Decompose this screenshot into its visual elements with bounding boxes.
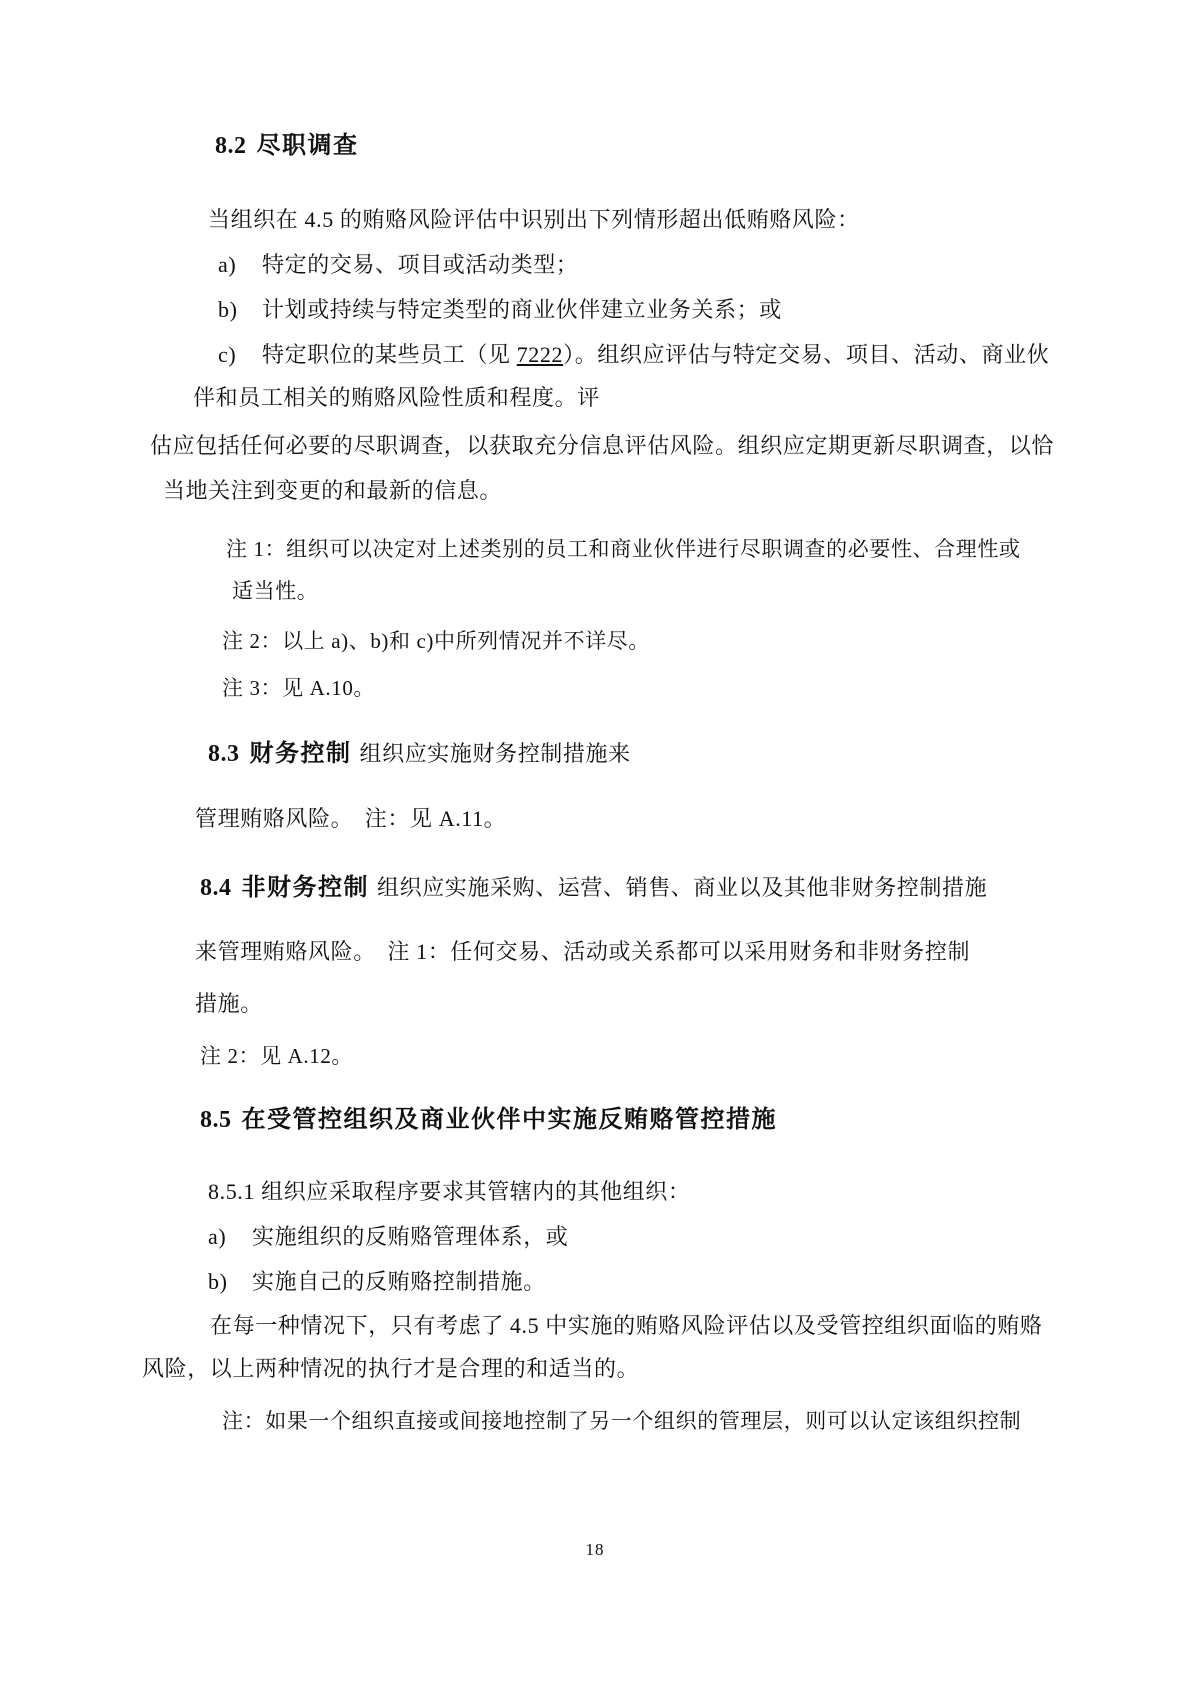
list-item-b-85: b)实施自己的反贿赂控制措施。 [208, 1268, 546, 1296]
section-heading-8-3: 8.3财务控制组织应实施财务控制措施来 [208, 738, 631, 769]
section-number: 8.5 [200, 1107, 232, 1133]
paragraph-financial-controls: 管理贿赂风险。 注：见 A.11。 [195, 805, 506, 833]
list-item-label: a) [208, 1223, 252, 1251]
list-item-text: 实施组织的反贿赂管理体系，或 [252, 1224, 568, 1249]
list-item-label: a) [218, 251, 262, 279]
paragraph-due-diligence-continued: 当地关注到变更的和最新的信息。 [163, 477, 502, 505]
section-number: 8.3 [208, 741, 240, 767]
note-2: 注 2：以上 a)、b)和 c)中所列情况并不详尽。 [222, 628, 650, 654]
list-item-c: c)特定职位的某些员工（见 7222）。组织应评估与特定交易、项目、活动、商业伙 [218, 341, 1049, 369]
section-number: 8.2 [215, 133, 247, 159]
section-title: 在受管控组织及商业伙伴中实施反贿赂管控措施 [242, 1105, 778, 1133]
list-item-text: 实施自己的反贿赂控制措施。 [252, 1269, 546, 1294]
paragraph-intro-8-2: 当组织在 4.5 的贿赂风险评估中识别出下列情形超出低贿赂风险： [208, 206, 860, 234]
list-item-label: b) [218, 296, 262, 324]
paragraph-nonfinancial-controls: 来管理贿赂风险。 注 1：任何交易、活动或关系都可以采用财务和非财务控制 [195, 938, 970, 966]
section-heading-8-4: 8.4非财务控制组织应实施采购、运营、销售、商业以及其他非财务控制措施 [200, 872, 987, 903]
list-item-text: 特定的交易、项目或活动类型； [262, 252, 578, 277]
note-1-continued: 适当性。 [232, 578, 318, 604]
list-item-text: 特定职位的某些员工（见 [262, 342, 517, 367]
page-number: 18 [0, 1540, 1190, 1560]
section-title: 财务控制 [250, 739, 352, 767]
list-item-a: a)特定的交易、项目或活动类型； [218, 251, 578, 279]
section-heading-8-5: 8.5在受管控组织及商业伙伴中实施反贿赂管控措施 [200, 1104, 777, 1135]
list-item-b: b)计划或持续与特定类型的商业伙伴建立业务关系；或 [218, 296, 782, 324]
clause-reference: 7222 [517, 342, 563, 367]
note-a12: 注 2：见 A.12。 [200, 1043, 353, 1069]
note-3: 注 3：见 A.10。 [222, 675, 375, 701]
list-item-a-85: a)实施组织的反贿赂管理体系，或 [208, 1223, 568, 1251]
note-1: 注 1：组织可以决定对上述类别的员工和商业伙伴进行尽职调查的必要性、合理性或 [226, 536, 1021, 562]
section-inline-text: 组织应实施采购、运营、销售、商业以及其他非财务控制措施 [377, 875, 987, 900]
paragraph-nonfinancial-controls-continued: 措施。 [195, 990, 263, 1018]
subclause-8-5-1: 8.5.1 组织应采取程序要求其管辖内的其他组织： [208, 1178, 691, 1206]
note-control: 注：如果一个组织直接或间接地控制了另一个组织的管理层，则可以认定该组织控制 [222, 1408, 1021, 1434]
section-number: 8.4 [200, 875, 232, 901]
list-item-text: ）。组织应评估与特定交易、项目、活动、商业伙 [563, 342, 1049, 367]
document-page: 8.2尽职调查 当组织在 4.5 的贿赂风险评估中识别出下列情形超出低贿赂风险：… [0, 0, 1190, 1684]
list-item-text: 计划或持续与特定类型的商业伙伴建立业务关系；或 [262, 297, 782, 322]
list-item-label: c) [218, 341, 262, 369]
paragraph-each-case: 在每一种情况下，只有考虑了 4.5 中实施的贿赂风险评估以及受管控组织面临的贿赂 [210, 1312, 1043, 1340]
paragraph-due-diligence: 估应包括任何必要的尽职调查，以获取充分信息评估风险。组织应定期更新尽职调查，以恰 [150, 432, 1054, 460]
list-item-label: b) [208, 1268, 252, 1296]
paragraph-each-case-continued: 风险，以上两种情况的执行才是合理的和适当的。 [142, 1355, 639, 1383]
section-heading-8-2: 8.2尽职调查 [215, 130, 359, 161]
list-item-c-continued: 伴和员工相关的贿赂风险性质和程度。评 [193, 384, 600, 412]
section-title: 非财务控制 [242, 873, 370, 901]
section-inline-text: 组织应实施财务控制措施来 [360, 741, 631, 766]
section-title: 尽职调查 [257, 131, 359, 159]
